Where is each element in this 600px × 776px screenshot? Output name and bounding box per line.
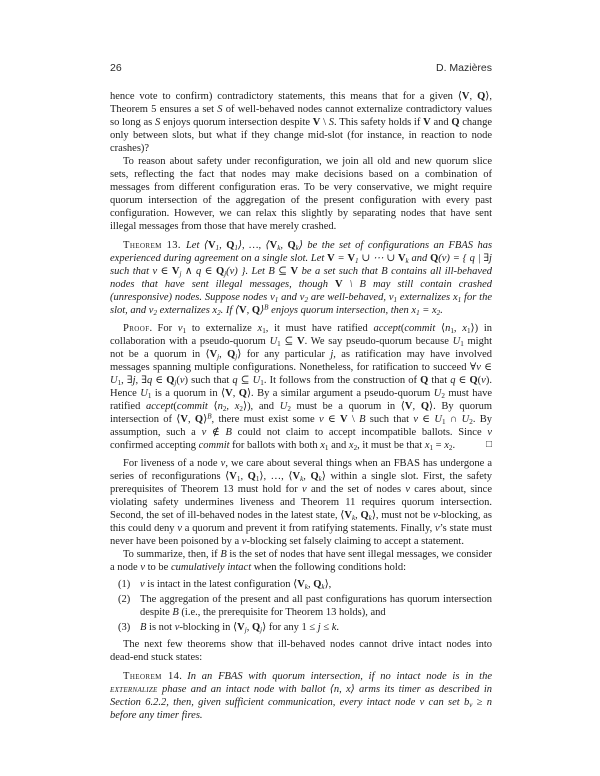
body-text: hence vote to confirm) contradictory sta…	[110, 90, 492, 727]
list-item: (3) B is not v-blocking in ⟨Vj, Qj⟩ for …	[110, 621, 492, 634]
running-author: D. Mazières	[436, 62, 492, 75]
paragraph-liveness: For liveness of a node v, we care about …	[110, 457, 492, 548]
conditions-list: (1) v is intact in the latest configurat…	[110, 578, 492, 634]
theorem-13: Theorem 13.Let ⟨V1, Q1⟩, …, ⟨Vk, Qk⟩ be …	[110, 239, 492, 317]
theorem-14: Theorem 14.In an FBAS with quorum inters…	[110, 670, 492, 722]
paragraph-summarize: To summarize, then, if B is the set of n…	[110, 548, 492, 574]
list-item-number: (3)	[118, 621, 130, 634]
list-item-text: The aggregation of the present and all p…	[140, 594, 492, 618]
qed-box: □	[473, 438, 492, 451]
paragraph-reconfiguration: To reason about safety under reconfigura…	[110, 155, 492, 233]
list-item-text: v is intact in the latest configuration …	[140, 579, 331, 590]
paragraph-continuation: hence vote to confirm) contradictory sta…	[110, 90, 492, 155]
list-item-text: B is not v-blocking in ⟨Vj, Qj⟩ for any …	[140, 622, 339, 633]
proof-13-text: For v1 to externalize x1, it must have r…	[110, 323, 492, 451]
page-number: 26	[110, 62, 122, 75]
list-item: (1) v is intact in the latest configurat…	[110, 578, 492, 591]
list-item: (2) The aggregation of the present and a…	[110, 593, 492, 619]
proof-13: Proof.For v1 to externalize x1, it must …	[110, 322, 492, 452]
page-header: 26 D. Mazières	[110, 62, 492, 75]
paragraph-next-theorems: The next few theorems show that ill-beha…	[110, 638, 492, 664]
list-item-number: (1)	[118, 578, 130, 591]
theorem-14-label: Theorem 14.	[123, 671, 182, 682]
theorem-13-text: Let ⟨V1, Q1⟩, …, ⟨Vk, Qk⟩ be the set of …	[110, 240, 492, 316]
page: 26 D. Mazières hence vote to confirm) co…	[0, 0, 600, 776]
list-item-number: (2)	[118, 593, 130, 606]
theorem-13-label: Theorem 13.	[123, 240, 181, 251]
proof-13-label: Proof.	[123, 323, 153, 334]
